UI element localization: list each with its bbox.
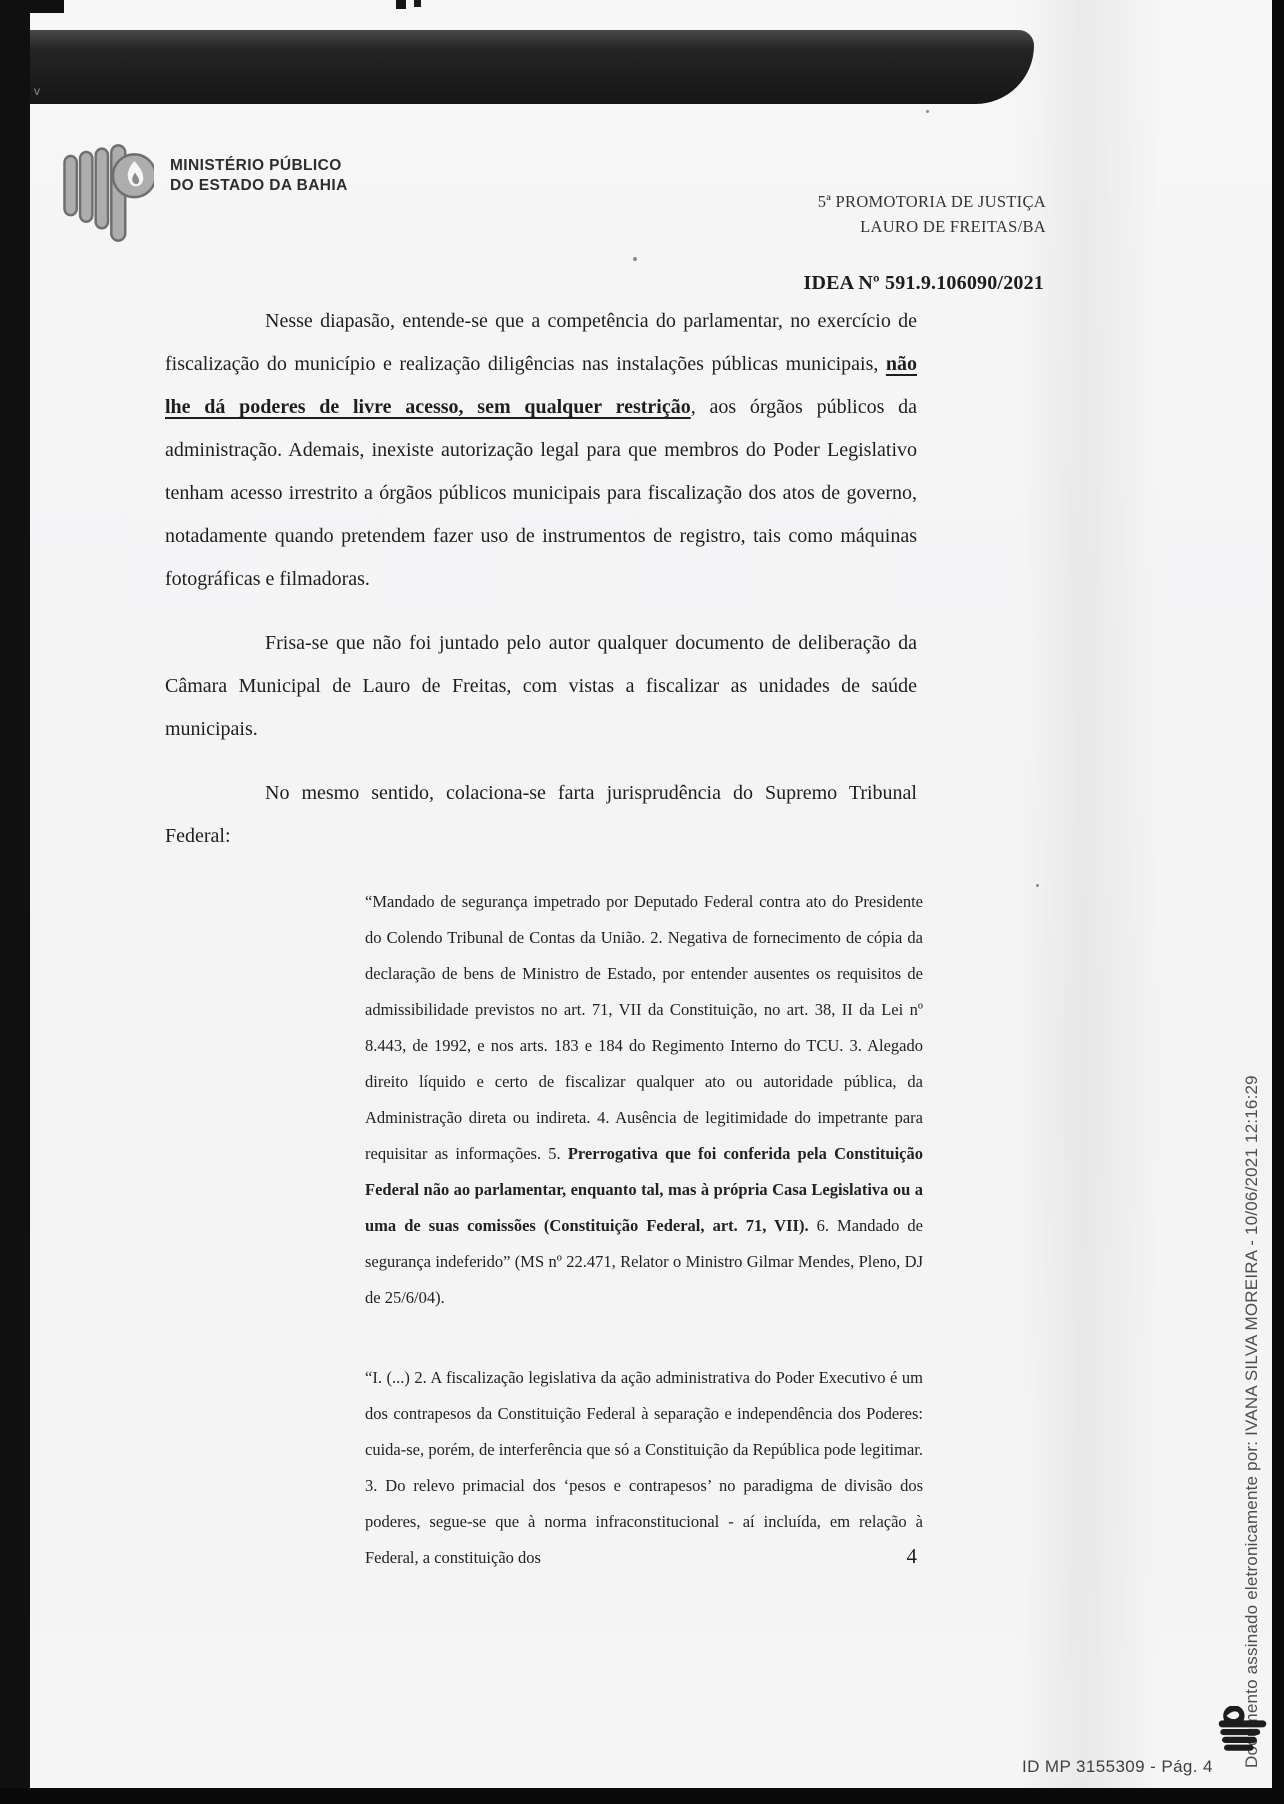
scan-left-edge: [0, 0, 30, 1804]
scan-speck: [926, 110, 929, 113]
scan-artifact: [0, 0, 64, 13]
case-number: IDEA Nº 591.9.106090/2021: [803, 272, 1044, 295]
blockquote-1: “Mandado de segurança impetrado por Depu…: [365, 884, 923, 1316]
mp-flame-logo-icon: [62, 140, 154, 251]
scan-artifact: [414, 0, 421, 7]
scanned-document-page: v MINISTÉRIO PÚBLICO DO ESTADO DA BAHIA: [0, 0, 1284, 1804]
scan-speck: [1036, 884, 1039, 887]
org-name-line1: MINISTÉRIO PÚBLICO: [170, 156, 348, 176]
electronic-signature-stamp: Documento assinado eletronicamente por: …: [1242, 868, 1262, 1768]
scan-artifact: v: [34, 84, 40, 98]
scan-speck: [633, 257, 637, 261]
paragraph-1: Nesse diapasão, entende-se que a competê…: [165, 300, 917, 601]
document-id: ID MP 3155309 - Pág. 4: [1022, 1757, 1213, 1777]
paragraph-1-text-cont: , aos órgãos públicos da administração. …: [165, 396, 917, 590]
paragraph-1-text: Nesse diapasão, entende-se que a competê…: [165, 310, 917, 375]
mp-flame-logo-small-icon: [1216, 1706, 1274, 1752]
scan-top-bar: [0, 30, 1034, 104]
scan-bottom-edge: [0, 1788, 1284, 1804]
paragraph-2: Frisa-se que não foi juntado pelo autor …: [165, 622, 917, 751]
header-logo-block: MINISTÉRIO PÚBLICO DO ESTADO DA BAHIA: [62, 140, 348, 251]
document-body: Nesse diapasão, entende-se que a competê…: [165, 300, 917, 1578]
page-number: 4: [165, 1535, 917, 1578]
office-heading: 5ª PROMOTORIA DE JUSTIÇA LAURO DE FREITA…: [818, 190, 1046, 240]
org-name-line2: DO ESTADO DA BAHIA: [170, 176, 348, 196]
scan-right-edge: [1272, 0, 1284, 1804]
scan-shadow: [1020, 0, 1160, 1788]
quote-1-text: “Mandado de segurança impetrado por Depu…: [365, 892, 923, 1163]
scan-artifact: [396, 0, 406, 9]
paragraph-3: No mesmo sentido, colaciona-se farta jur…: [165, 772, 917, 858]
org-name: MINISTÉRIO PÚBLICO DO ESTADO DA BAHIA: [170, 156, 348, 197]
office-line2: LAURO DE FREITAS/BA: [818, 215, 1046, 240]
office-line1: 5ª PROMOTORIA DE JUSTIÇA: [818, 190, 1046, 215]
